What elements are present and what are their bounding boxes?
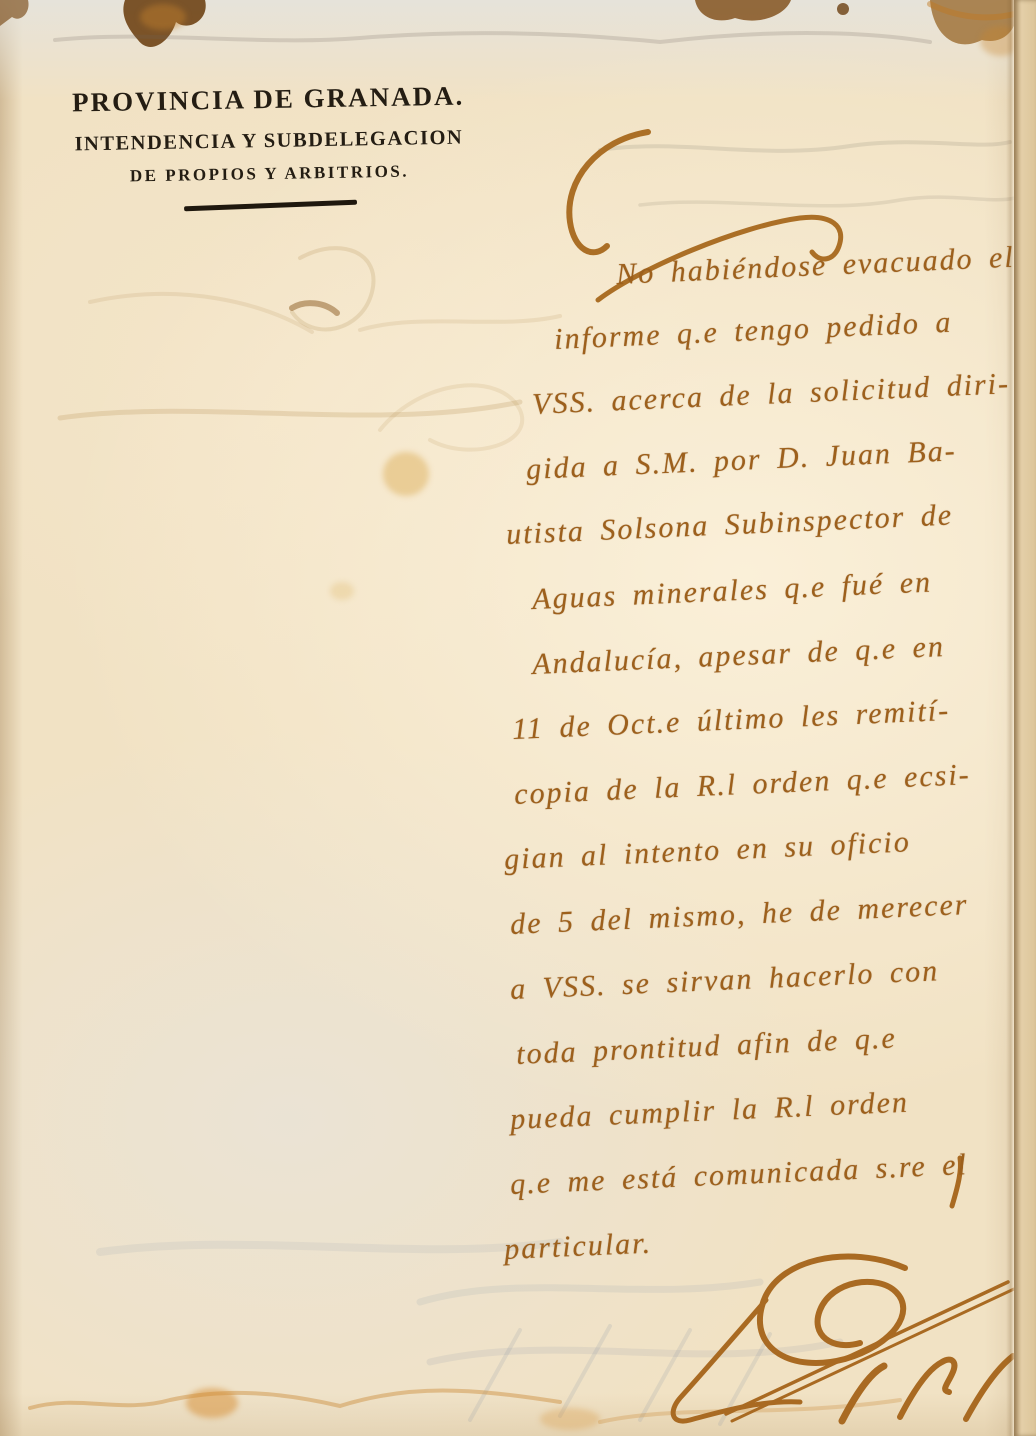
handwriting-line: toda prontitud afin de q.e bbox=[516, 1021, 898, 1072]
document-scan: PROVINCIA DE GRANADA. INTENDENCIA Y SUBD… bbox=[0, 0, 1036, 1436]
handwriting-line: copia de la R.l orden q.e ecsi- bbox=[514, 758, 972, 812]
letter-body: No habiéndose evacuado el informe q.e te… bbox=[505, 258, 1036, 1358]
handwriting-line: de 5 del mismo, he de merecer bbox=[510, 888, 970, 942]
handwriting-line: particular. bbox=[504, 1227, 653, 1267]
letterhead-line-3: DE PROPIOS Y ARBITRIOS. bbox=[62, 160, 476, 187]
handwriting-line: gian al intento en su oficio bbox=[504, 825, 912, 877]
page-fold-crease bbox=[1006, 0, 1014, 1436]
handwriting-line: Andalucía, apesar de q.e en bbox=[532, 630, 946, 682]
handwriting-line: pueda cumplir la R.l orden bbox=[510, 1086, 910, 1137]
handwriting-line: 11 de Oct.e último les remití- bbox=[512, 694, 951, 747]
letterhead-line-1: PROVINCIA DE GRANADA. bbox=[61, 80, 475, 118]
letterhead-line-2: INTENDENCIA Y SUBDELEGACION bbox=[62, 126, 476, 156]
handwriting-line: a VSS. se sirvan hacerlo con bbox=[510, 954, 940, 1007]
handwriting-line: q.e me está comunicada s.re el bbox=[510, 1148, 969, 1202]
handwriting-line: informe q.e tengo pedido a bbox=[554, 306, 954, 357]
adjacent-page-edge bbox=[1014, 0, 1036, 1436]
handwriting-line: utista Solsona Subinspector de bbox=[506, 499, 954, 552]
handwriting-line: Aguas minerales q.e fué en bbox=[532, 566, 933, 617]
letterhead: PROVINCIA DE GRANADA. INTENDENCIA Y SUBD… bbox=[61, 80, 477, 211]
handwriting-line: gida a S.M. por D. Juan Ba- bbox=[526, 434, 958, 487]
handwriting-line: VSS. acerca de la solicitud diri- bbox=[532, 367, 1011, 422]
